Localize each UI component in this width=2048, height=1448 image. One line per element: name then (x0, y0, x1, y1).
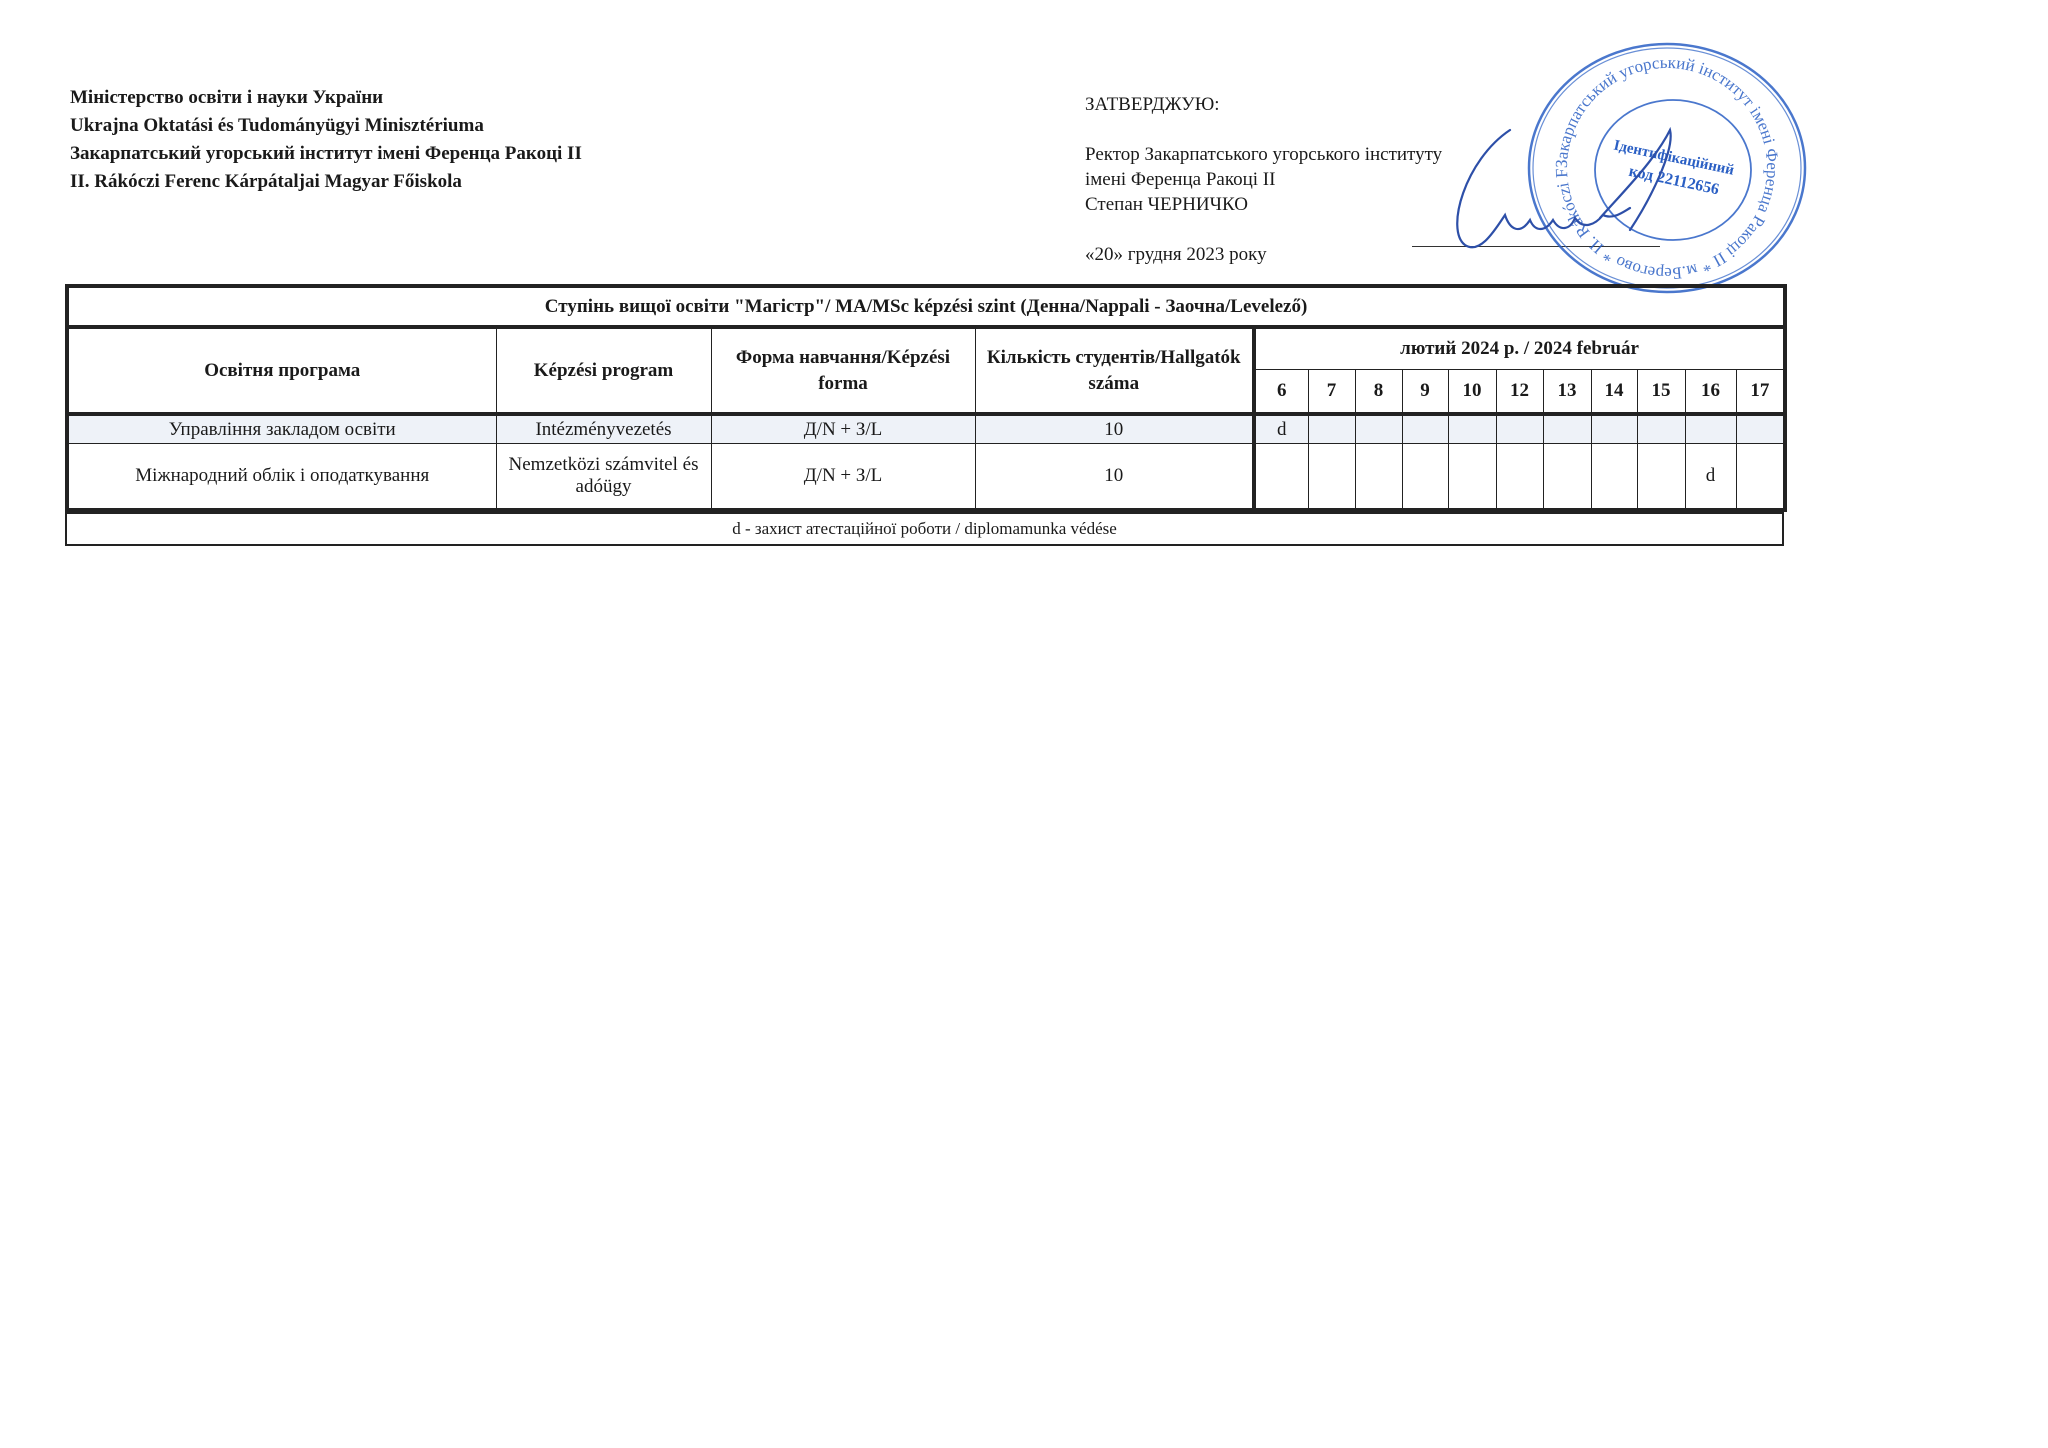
day-mark-cell (1736, 414, 1785, 444)
day-header: 15 (1637, 370, 1685, 415)
col-header-program-ua: Освітня програма (67, 327, 496, 414)
day-mark-cell (1496, 414, 1543, 444)
cell-count: 10 (975, 414, 1254, 444)
defense-schedule-table: Ступінь вищої освіти "Магістр"/ MA/MSc k… (65, 284, 1787, 512)
day-mark-cell (1448, 444, 1496, 511)
rector-position-2: імені Ференца Ракоці II (1085, 167, 1442, 192)
ministry-ua: Міністерство освіти і науки України (70, 84, 582, 112)
col-header-month: лютий 2024 р. / 2024 február (1254, 327, 1785, 370)
day-mark-cell (1355, 444, 1402, 511)
day-mark-cell (1637, 444, 1685, 511)
col-header-program-hu: Képzési program (496, 327, 711, 414)
day-mark-cell (1308, 414, 1355, 444)
rector-position-1: Ректор Закарпатського угорського інститу… (1085, 142, 1442, 167)
day-mark-cell (1402, 444, 1448, 511)
day-header: 10 (1448, 370, 1496, 415)
day-mark-cell (1543, 414, 1591, 444)
approve-label: ЗАТВЕРДЖУЮ: (1085, 92, 1442, 117)
cell-form: Д/N + З/L (711, 414, 975, 444)
day-header: 16 (1685, 370, 1736, 415)
day-header: 14 (1591, 370, 1637, 415)
day-mark-cell: d (1254, 414, 1308, 444)
day-mark-cell (1591, 444, 1637, 511)
day-mark-cell (1254, 444, 1308, 511)
institution-header: Міністерство освіти і науки України Ukra… (70, 84, 582, 196)
rector-name: Степан ЧЕРНИЧКО (1085, 192, 1442, 217)
approval-block: ЗАТВЕРДЖУЮ: Ректор Закарпатського угорсь… (1085, 92, 1442, 267)
table-row: Міжнародний облік і оподаткування Nemzet… (67, 444, 1785, 511)
cell-form: Д/N + З/L (711, 444, 975, 511)
table-title: Ступінь вищої освіти "Магістр"/ MA/MSc k… (67, 286, 1785, 327)
cell-program-ua: Міжнародний облік і оподаткування (67, 444, 496, 511)
day-header: 9 (1402, 370, 1448, 415)
rector-signature-icon (1425, 120, 1695, 260)
day-header: 7 (1308, 370, 1355, 415)
cell-count: 10 (975, 444, 1254, 511)
table-row: Управління закладом освіти Intézményveze… (67, 414, 1785, 444)
institute-hu: II. Rákóczi Ferenc Kárpátaljai Magyar Fő… (70, 168, 582, 196)
institute-ua: Закарпатський угорський інститут імені Ф… (70, 140, 582, 168)
day-mark-cell (1736, 444, 1785, 511)
day-header: 6 (1254, 370, 1308, 415)
day-mark-cell (1591, 414, 1637, 444)
cell-program-ua: Управління закладом освіти (67, 414, 496, 444)
ministry-hu: Ukrajna Oktatási és Tudományügyi Miniszt… (70, 112, 582, 140)
day-header: 13 (1543, 370, 1591, 415)
day-mark-cell (1402, 414, 1448, 444)
day-mark-cell (1448, 414, 1496, 444)
col-header-count: Кількість студентів/Hallgatók száma (975, 327, 1254, 414)
day-mark-cell (1355, 414, 1402, 444)
day-header: 8 (1355, 370, 1402, 415)
approval-date: «20» грудня 2023 року (1085, 242, 1442, 267)
day-mark-cell (1637, 414, 1685, 444)
day-header: 12 (1496, 370, 1543, 415)
legend-note: d - захист атестаційної роботи / diploma… (65, 512, 1784, 546)
day-mark-cell (1308, 444, 1355, 511)
day-header: 17 (1736, 370, 1785, 415)
cell-program-hu: Intézményvezetés (496, 414, 711, 444)
day-mark-cell (1496, 444, 1543, 511)
day-mark-cell (1685, 414, 1736, 444)
cell-program-hu: Nemzetközi számvitel és adóügy (496, 444, 711, 511)
day-mark-cell: d (1685, 444, 1736, 511)
day-mark-cell (1543, 444, 1591, 511)
col-header-form: Форма навчання/Képzési forma (711, 327, 975, 414)
